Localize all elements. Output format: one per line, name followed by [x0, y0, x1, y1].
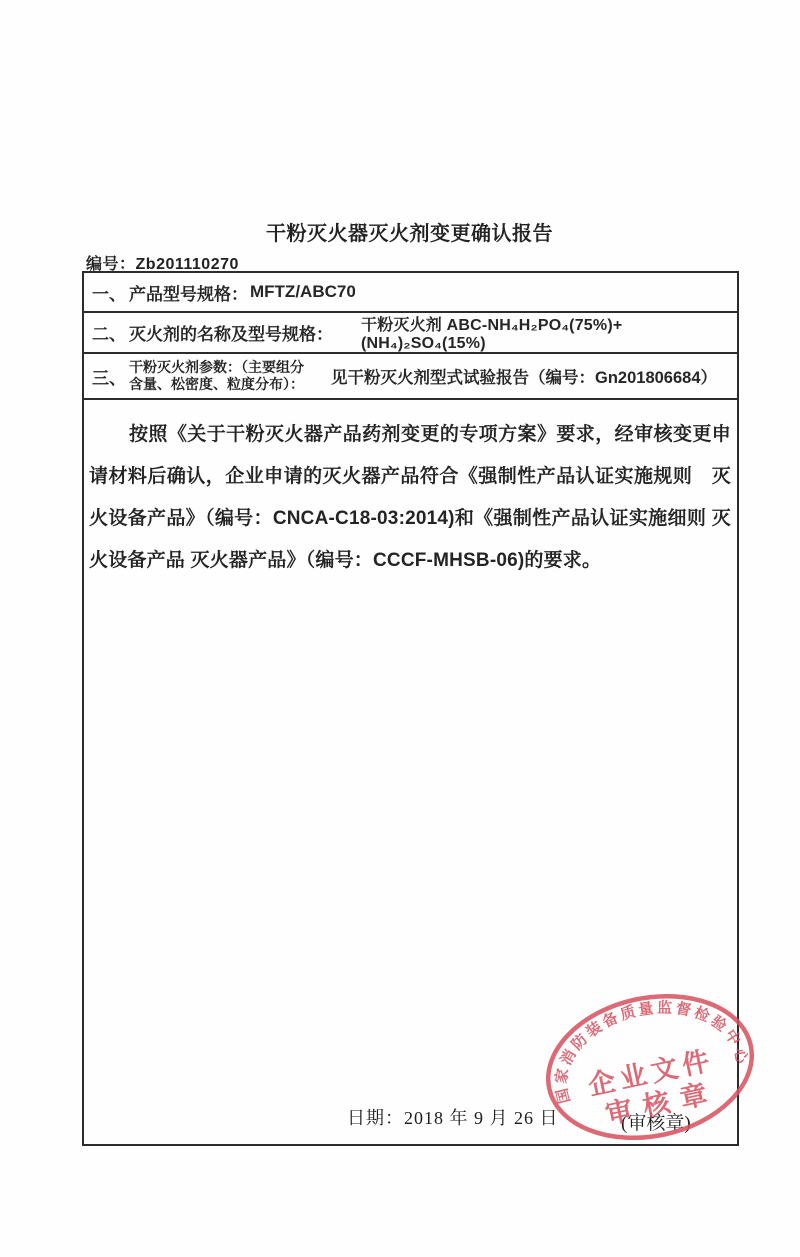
row-value: 见干粉灭火剂型式试验报告（编号：Gn201806684）	[317, 364, 717, 388]
row-label: 干粉灭火剂参数：（主要组分含量、松密度、粒度分布）：	[129, 359, 317, 393]
row-value: 干粉灭火剂 ABC-NH₄H₂PO₄(75%)+(NH₄)₂SO₄(15%)	[361, 312, 737, 353]
row-number: 一、	[84, 280, 129, 305]
date-line: 日期：2018 年 9 月 26 日	[347, 1104, 559, 1130]
page-title: 干粉灭火器灭火剂变更确认报告	[82, 217, 737, 246]
row-value: MFTZ/ABC70	[250, 282, 356, 302]
row-label: 产品型号规格：	[129, 280, 248, 305]
row-number: 二、	[84, 320, 129, 345]
scanned-report-page: 干粉灭火器灭火剂变更确认报告 编号：Zb201110270 一、 产品型号规格：…	[0, 0, 800, 1257]
table-row-product-model: 一、 产品型号规格： MFTZ/ABC70	[84, 273, 737, 313]
confirmation-paragraph: 按照《关于干粉灭火器产品药剂变更的专项方案》要求，经审核变更申请材料后确认，企业…	[84, 400, 737, 582]
company-review-stamp: 国家消防装备质量监督检验中心 企业文件 审核章	[536, 982, 764, 1152]
row-label: 灭火剂的名称及型号规格：	[129, 320, 361, 345]
table-row-agent-parameters: 三、 干粉灭火剂参数：（主要组分含量、松密度、粒度分布）： 见干粉灭火剂型式试验…	[84, 354, 737, 400]
row-number: 三、	[84, 364, 129, 389]
table-row-agent-name: 二、 灭火剂的名称及型号规格： 干粉灭火剂 ABC-NH₄H₂PO₄(75%)+…	[84, 313, 737, 354]
